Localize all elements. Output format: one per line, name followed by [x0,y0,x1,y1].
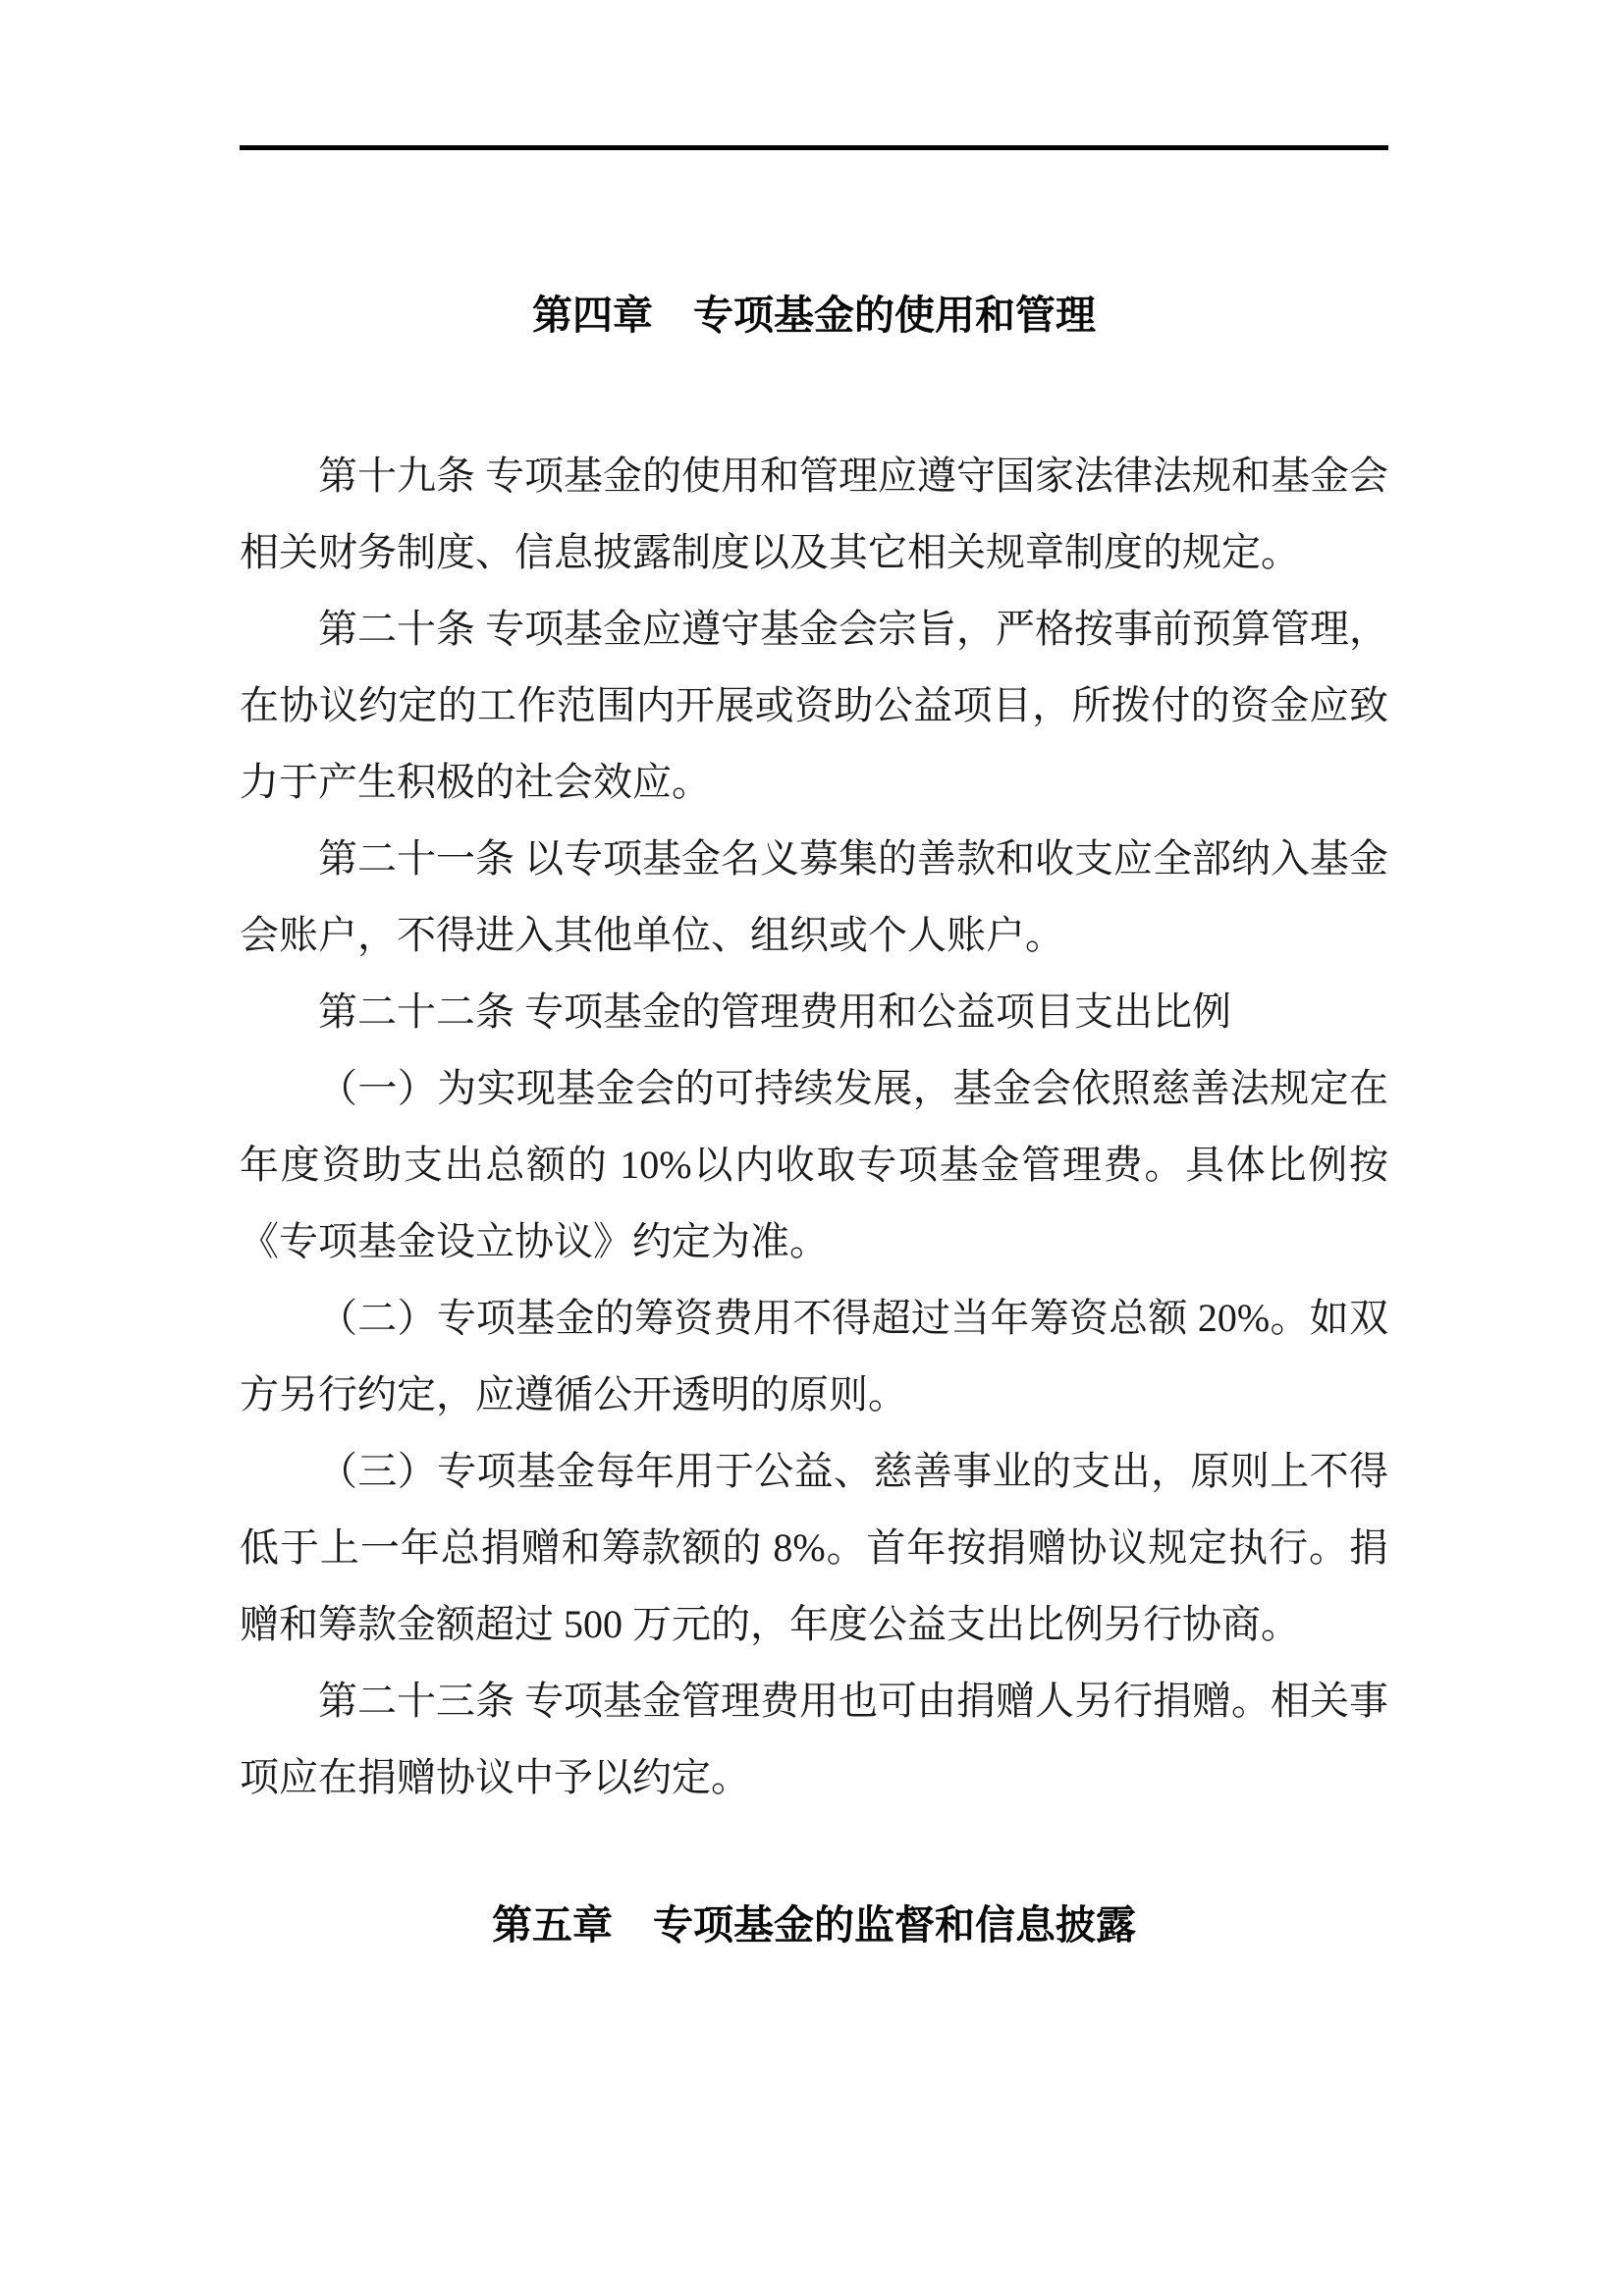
paragraph-article-20: 第二十条 专项基金应遵守基金会宗旨，严格按事前预算管理，在协议约定的工作范围内开… [240,591,1388,821]
document-body: 第十九条 专项基金的使用和管理应遵守国家法律法规和基金会相关财务制度、信息披露制… [240,438,1388,1816]
paragraph-article-19: 第十九条 专项基金的使用和管理应遵守国家法律法规和基金会相关财务制度、信息披露制… [240,438,1388,591]
chapter4-heading: 第四章 专项基金的使用和管理 [240,291,1388,340]
paragraph-article-22-item-1: （一）为实现基金会的可持续发展，基金会依照慈善法规定在年度资助支出总额的 10%… [240,1050,1388,1280]
paragraph-article-21: 第二十一条 以专项基金名义募集的善款和收支应全部纳入基金会账户，不得进入其他单位… [240,821,1388,974]
paragraph-article-22-item-2: （二）专项基金的筹资费用不得超过当年筹资总额 20%。如双方另行约定，应遵循公开… [240,1280,1388,1433]
paragraph-article-22-item-3: （三）专项基金每年用于公益、慈善事业的支出，原则上不得低于上一年总捐赠和筹款额的… [240,1433,1388,1663]
paragraph-article-22: 第二十二条 专项基金的管理费用和公益项目支出比例 [240,974,1388,1050]
paragraph-article-23: 第二十三条 专项基金管理费用也可由捐赠人另行捐赠。相关事项应在捐赠协议中予以约定… [240,1663,1388,1816]
chapter5-heading: 第五章 专项基金的监督和信息披露 [240,1900,1388,1949]
document-page: 第四章 专项基金的使用和管理 第十九条 专项基金的使用和管理应遵守国家法律法规和… [0,0,1624,2296]
header-rule [240,145,1388,150]
